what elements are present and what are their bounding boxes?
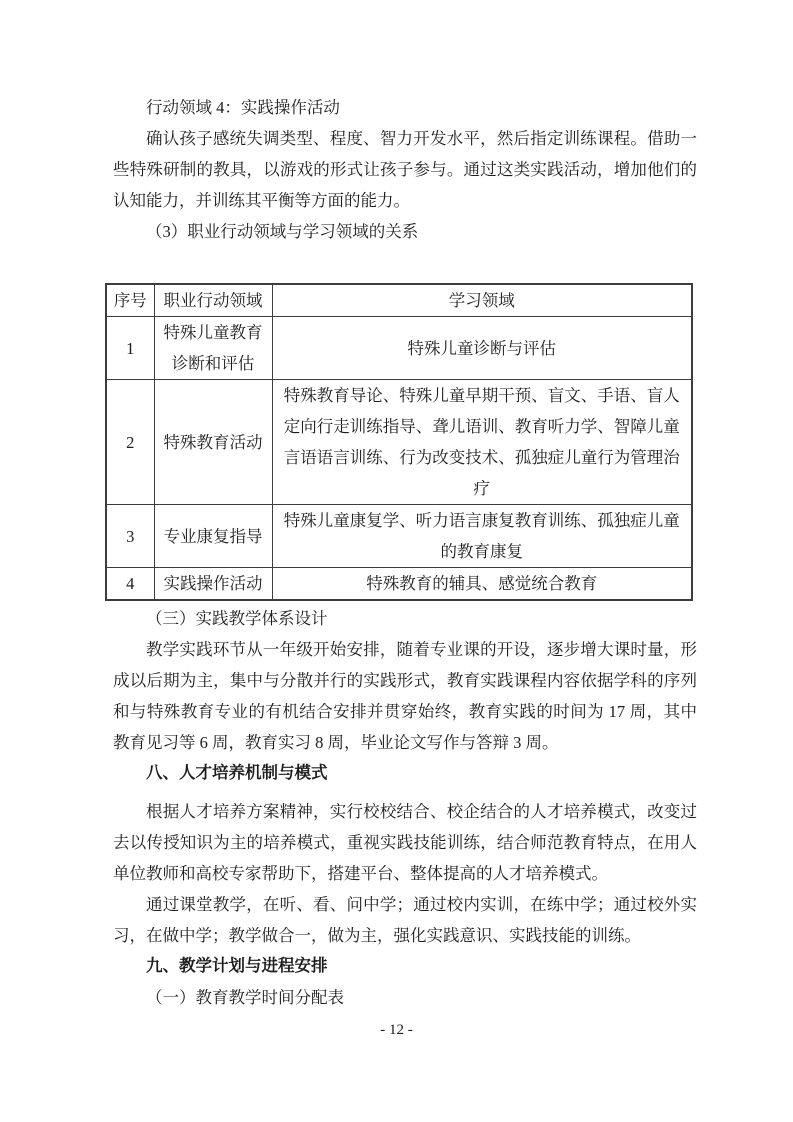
cell-row-learning: 特殊教育导论、特殊儿童早期干预、盲文、手语、盲人定向行走训练指导、聋儿语训、教育… <box>272 380 692 505</box>
cell-row-domain: 特殊儿童教育诊断和评估 <box>154 317 272 380</box>
cell-row-no: 2 <box>106 380 154 505</box>
paragraph-practice-system-description: 教学实践环节从一年级开始安排，随着专业课的开设，逐步增大课时量，形成以后期为主，… <box>113 634 697 758</box>
paragraph-time-table-heading: （一）教育教学时间分配表 <box>113 982 697 1013</box>
table-header-learning: 学习领域 <box>272 284 692 317</box>
table-header-no: 序号 <box>106 284 154 317</box>
paragraph-action-domain-4-description: 确认孩子感统失调类型、程度、智力开发水平，然后指定训练课程。借助一些特殊研制的教… <box>113 123 697 216</box>
cell-row-domain: 特殊教育活动 <box>154 380 272 505</box>
paragraph-relation-heading: （3）职业行动领域与学习领域的关系 <box>113 216 697 247</box>
cell-row-learning: 特殊教育的辅具、感觉统合教育 <box>272 568 692 601</box>
table-header-row: 序号 职业行动领域 学习领域 <box>106 284 692 317</box>
section-heading-eight: 八、人才培养机制与模式 <box>113 758 697 789</box>
table-row: 1 特殊儿童教育诊断和评估 特殊儿童诊断与评估 <box>106 317 692 380</box>
cell-row-domain: 实践操作活动 <box>154 568 272 601</box>
paragraph-talent-model-2: 通过课堂教学，在听、看、问中学；通过校内实训，在练中学；通过校外实习，在做中学；… <box>113 889 697 951</box>
cell-row-no: 1 <box>106 317 154 380</box>
paragraph-talent-model-1: 根据人才培养方案精神，实行校校结合、校企结合的人才培养模式，改变过去以传授知识为… <box>113 796 697 889</box>
cell-row-domain: 专业康复指导 <box>154 505 272 568</box>
cell-row-no: 4 <box>106 568 154 601</box>
cell-row-learning: 特殊儿童诊断与评估 <box>272 317 692 380</box>
paragraph-practice-system-heading: （三）实践教学体系设计 <box>113 603 697 634</box>
table-row: 2 特殊教育活动 特殊教育导论、特殊儿童早期干预、盲文、手语、盲人定向行走训练指… <box>106 380 692 505</box>
table-row: 3 专业康复指导 特殊儿童康复学、听力语言康复教育训练、孤独症儿童的教育康复 <box>106 505 692 568</box>
paragraph-action-domain-4: 行动领域 4：实践操作活动 <box>113 92 697 123</box>
cell-row-no: 3 <box>106 505 154 568</box>
table-header-domain: 职业行动领域 <box>154 284 272 317</box>
section-heading-nine: 九、教学计划与进程安排 <box>113 951 697 982</box>
table-row: 4 实践操作活动 特殊教育的辅具、感觉统合教育 <box>106 568 692 601</box>
page-number: - 12 - <box>0 1020 793 1040</box>
document-page: 行动领域 4：实践操作活动 确认孩子感统失调类型、程度、智力开发水平，然后指定训… <box>0 0 793 1122</box>
domain-learning-table: 序号 职业行动领域 学习领域 1 特殊儿童教育诊断和评估 特殊儿童诊断与评估 2… <box>105 283 693 601</box>
cell-row-learning: 特殊儿童康复学、听力语言康复教育训练、孤独症儿童的教育康复 <box>272 505 692 568</box>
